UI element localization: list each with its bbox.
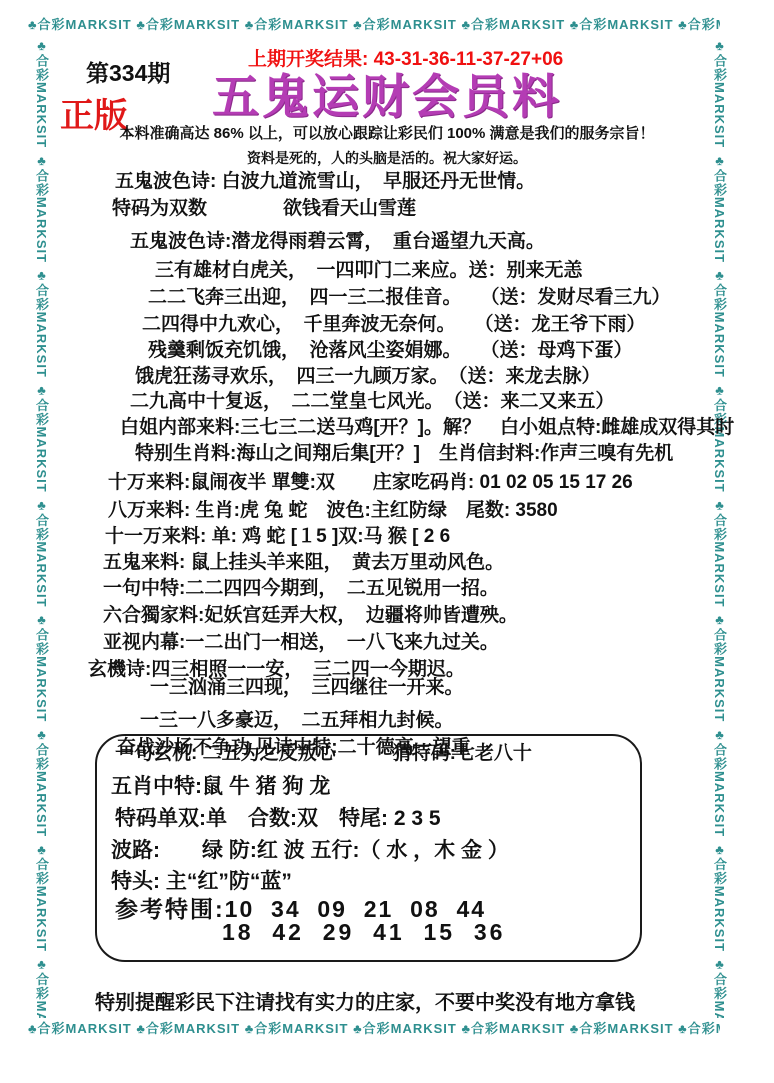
tip-line: 一三汹涌三四现， 三四继往一开来。 (150, 678, 725, 698)
mystery-phrase-line: 一句玄机: 二五为之反叛心 猜特码:七老八十 (115, 744, 640, 764)
tip-lines-section: 五鬼波色诗: 白波九道流雪山， 早服还丹无世情。 特码为双数 欲钱看天山雪莲 五… (55, 160, 725, 758)
page-title: 五鬼运财会员料 (212, 60, 562, 127)
tip-line: 饿虎狂荡寻欢乐， 四三一九顾万家。 （送：来龙去脉） (135, 367, 725, 387)
tip-line: 三有雄材白虎关， 一四叩门二来应。送：别来无恙 (155, 261, 725, 281)
tip-line: 十万来料:鼠闹夜半 單雙:双 庄家吃码肖: 01 02 05 15 17 26 (108, 473, 725, 493)
issue-number: 第334期 (86, 55, 170, 88)
odd-even-line: 特码单双:单 合数:双 特尾: 2 3 5 (115, 809, 640, 829)
tip-line: 二四得中九欢心， 千里奔波无奈何。 （送：龙王爷下雨） (142, 315, 725, 335)
reference-numbers-row2: 18 42 29 41 15 36 (222, 922, 640, 942)
tip-line: 白姐内部来料:三七三二送马鸡[开？]。解？ 白小姐点特:雌雄成双得其时 (120, 418, 725, 438)
reference-numbers-row1: 参考特围:10 34 09 21 08 44 (115, 899, 640, 919)
tip-line: 二二飞奔三出迎， 四一三二报佳音。 （送：发财尽看三九） (148, 288, 725, 308)
five-zodiac-line: 五肖中特:鼠 牛 猪 狗 龙 (111, 777, 640, 797)
prediction-box: 一句玄机: 二五为之反叛心 猜特码:七老八十 五肖中特:鼠 牛 猪 狗 龙 特码… (95, 734, 642, 962)
tip-line: 特别生肖料:海山之间翔后集[开？] 生肖信封料:作声三嗅有先机 (135, 444, 725, 464)
head-color-line: 特头: 主“红”防“蓝” (111, 872, 640, 892)
watermark-border-bottom: ♣合彩MARKSIT ♣合彩MARKSIT ♣合彩MARKSIT ♣合彩MARK… (28, 1018, 720, 1042)
tip-line: 一三一八多豪迈， 二五拜相九封候。 (140, 711, 725, 731)
wave-element-line: 波路: 绿 防:红 波 五行:（ 水 ，木 金 ） (111, 841, 640, 861)
tip-line: 二九高中十复返， 二二堂皇七风光。 （送：来二又来五） (130, 392, 725, 412)
tip-line: 五鬼波色诗:潜龙得雨碧云霄， 重台遥望九天高。 (130, 232, 725, 252)
watermark-border-left: ♣合彩MARKSIT ♣合彩MARKSIT ♣合彩MARKSIT ♣合彩MARK… (28, 38, 52, 1018)
bettor-warning: 特别提醒彩民下注请找有实力的庄家，不要中奖没有地方拿钱 (95, 986, 635, 1015)
tip-line: 五鬼来料: 鼠上挂头羊来阻， 黄去万里动风色。 (103, 553, 725, 573)
tip-line: 特码为双数 欲钱看天山雪莲 (112, 199, 725, 219)
tip-line: 十一万来料: 单: 鸡 蛇 [１5 ]双:马 猴 [ 2 6 (105, 527, 725, 547)
tip-line: 六合獨家料:妃妖宫廷弄大权， 边疆将帅皆遭殃。 (103, 606, 725, 626)
watermark-border-top: ♣合彩MARKSIT ♣合彩MARKSIT ♣合彩MARKSIT ♣合彩MARK… (28, 14, 720, 38)
tip-line: 一句中特:二二四四今期到， 二五见锐用一招。 (103, 579, 725, 599)
tip-line: 八万来料: 生肖:虎 兔 蛇 波色:主红防绿 尾数: 3580 (108, 501, 725, 521)
accuracy-tagline: 本料准确高达 86% 以上，可以放心跟踪让彩民们 100% 满意是我们的服务宗旨… (0, 122, 774, 143)
lottery-tip-sheet: ♣合彩MARKSIT ♣合彩MARKSIT ♣合彩MARKSIT ♣合彩MARK… (0, 0, 774, 1083)
tip-line: 亚视内幕:一二出门一相送， 一八飞来九过关。 (103, 633, 725, 653)
tip-line: 五鬼波色诗: 白波九道流雪山， 早服还丹无世情。 (115, 172, 725, 192)
tip-line: 残羹剩饭充饥饿， 沧落风尘姿娟娜。 （送：母鸡下蛋） (148, 341, 725, 361)
